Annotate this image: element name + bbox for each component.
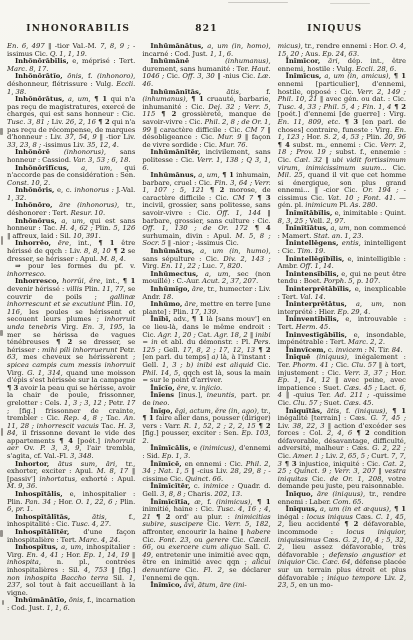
header-keyword-right: INIQUUS: [271, 24, 399, 34]
dictionary-entry: Ĭnīquus, a, um (in et æquus), ¶ 1 inégal…: [278, 506, 406, 590]
dictionary-entry: Ĭninventĭbĭlis, e, introuvable : Tert. H…: [278, 316, 406, 331]
text-columns: En. 6, 497 ‖ -tior Val.-M. 7, 8, 9 ; -is…: [0, 34, 413, 613]
page-number: 821: [142, 24, 270, 34]
dictionary-entry: Inhūmectus, a, um, sec (non mouillé) : C…: [142, 271, 270, 286]
dictionary-entry: Inhospĭtālĭtās, ātis, f., inhospitalité …: [7, 514, 135, 529]
dictionary-entry: Inhŏnōrābĭlis, e, méprisé : Tert. Marc. …: [7, 58, 135, 73]
dictionary-entry: Inhŏnōrātĭo, ōnis, f. (inhonoro), déshon…: [7, 73, 135, 96]
page-header: INHONORABILIS 821 INIQUUS: [0, 0, 413, 34]
entry-continuation: micus), tr., rendre ennemi : Hor. O. 4, …: [278, 43, 406, 58]
dictionary-entry: Inhŏnōrĭfĭcus, a, um, qui n'accorde pas …: [7, 165, 135, 188]
header-keyword-left: INHONORABILIS: [14, 24, 142, 34]
dictionary-entry: Inhūmānātĭo, ōnis, f., incarnation : Cod…: [7, 597, 135, 612]
dictionary-entry: Ĭnintellĕgens, entis, inintelligent : Ci…: [278, 240, 406, 255]
dictionary-entry: Inhūmānē (inhumanus), durement, sans hum…: [142, 58, 270, 88]
scan-artifact: [1, 428, 3, 436]
text-column-3: micus), tr., rendre ennemi : Hor. O. 4, …: [278, 43, 406, 613]
scan-artifact: [0, 530, 3, 537]
scan-artifact: [330, 3, 370, 4]
dictionary-entry: Ĭnīquĭtās, ātis, f. (iniquus), ¶ 1 inéga…: [278, 408, 406, 492]
dictionary-entry: Inhūmānĭtās, ātis, f. (inhumanus), ¶ 1 c…: [142, 89, 270, 150]
entry-continuation: En. 6, 497 ‖ -tior Val.-M. 7, 8, 9 ; -is…: [7, 43, 135, 58]
dictionary-entry: Inhūmĭgo, āre, tr., humecter : Liv. Andr…: [142, 286, 270, 301]
text-column-2: Inhūmānātus, a, um (in, homo), incarné :…: [142, 43, 270, 613]
dictionary-entry: Ĭnĭmĭtābĭlis, e, inimitable : Quint. 8, …: [278, 210, 406, 225]
dictionary-entry: Inhūmātus, a, um (in, humo), sans sépult…: [142, 248, 270, 271]
dictionary-entry: Ĭnīquo, āre (iniquus), tr., rendre ennem…: [278, 491, 406, 506]
dictionary-entry: Ĭnĭmīcē, en ennemi : Cic. Phil. 2, 34 ; …: [142, 461, 270, 484]
scan-artifact: [0, 330, 3, 336]
dictionary-entry: Inhūmānus, a, um, ¶ 1 inhumain, barbare,…: [142, 172, 270, 248]
dictionary-entry: Inhorrĕo, ēre, int., ¶ 1 être hérissé de…: [7, 240, 135, 263]
dictionary-entry: Inhŏnōro, āre (inhonorus), tr., déshonor…: [7, 202, 135, 217]
dictionary-entry: Inhospĭtālis, e, inhospitalier : Plin. P…: [7, 491, 135, 514]
dictionary-entry: Inhūmānĭtĕr, incivilement, sans politess…: [142, 149, 270, 172]
scan-artifact: [2, 600, 4, 605]
dictionary-entry: Ĭnĭmīco, āvi, ātum, āre (ini-: [142, 582, 270, 590]
dictionary-entry: Inhorresco, horrŭi, ĕre, int., ¶ 1 deven…: [7, 278, 135, 460]
dictionary-entry: Ĭninvestīgābĭlis, e, insondable, impénét…: [278, 332, 406, 347]
dictionary-entry: Inhospĭtālĭtĕr, d'une façon inhospitaliè…: [7, 529, 135, 544]
dictionary-entry: Inhŏnōrātus, a, um, ¶ 1 qui n'a pas reçu…: [7, 96, 135, 149]
dictionary-entry: Inhŏnōrē (inhonorus), sans honneur : Cas…: [7, 149, 135, 164]
dictionary-entry: Ĭnĭgo, ēgi, actum, ĕre (in, ago), tr., ¶…: [142, 408, 270, 446]
dictionary-entry: Inhortor, ātus sum, āri, tr., exhorter, …: [7, 461, 135, 491]
dictionary-entry: Ĭnĭmīcĭtĕr, c. inimice : Quadr. d. Gell.…: [142, 483, 270, 498]
dictionary-entry: Ĭninterprĕtābĭlis, e, inexplicable : Ter…: [278, 286, 406, 301]
dictionary-entry: Ĭnĭmīcus, a, um (in, amicus), ¶ 1 ennemi…: [278, 73, 406, 210]
dictionary-entry: Ĭnĭmīcālis, e (inimicus), d'ennemi : Sid…: [142, 445, 270, 460]
dictionary-entry: Inhŏnōris, e, c. inhonorus : J.-Val. 1, …: [7, 187, 135, 202]
scan-artifact: [228, 2, 288, 3]
dictionary-entry: Inhŏnōrus, a, um, qui est sans honneur :…: [7, 218, 135, 241]
dictionary-entry: Ĭnĭbī, adv., ¶ 1 là [sans mouv'] en ce l…: [142, 316, 270, 384]
dictionary-entry: Ĭnīquē (iniquus), inégalement : Ter. Pho…: [278, 354, 406, 407]
dictionary-entry: Inhūmānātus, a, um (in, homo), incarné :…: [142, 43, 270, 58]
dictionary-entry: Inhospĭtus, a, um, inhospitalier : Virg.…: [7, 544, 135, 597]
scan-artifact: [0, 128, 3, 135]
scan-artifact: [1, 236, 3, 245]
dictionary-entry: Ĭnintellĕgĭbĭlis, e, inintelligible : Am…: [278, 256, 406, 271]
dictionary-entry: Ĭnĭmīcĭtĭa, æ, f. (inimicus), ¶ 1 inimit…: [142, 499, 270, 583]
dictionary-entry: Ĭnintensĭbĭlis, e, qui ne peut être tend…: [278, 271, 406, 286]
dictionary-page: INHONORABILIS 821 INIQUUS En. 6, 497 ‖ -…: [0, 0, 413, 640]
dictionary-entry: Ĭnĭens [inus.], ineuntis, part. pr. de i…: [142, 392, 270, 407]
dictionary-entry: ⇒ pour les formes du pf. v. inhorresco.: [7, 263, 135, 278]
text-column-1: En. 6, 497 ‖ -tior Val.-M. 7, 8, 9 ; -is…: [7, 43, 135, 613]
